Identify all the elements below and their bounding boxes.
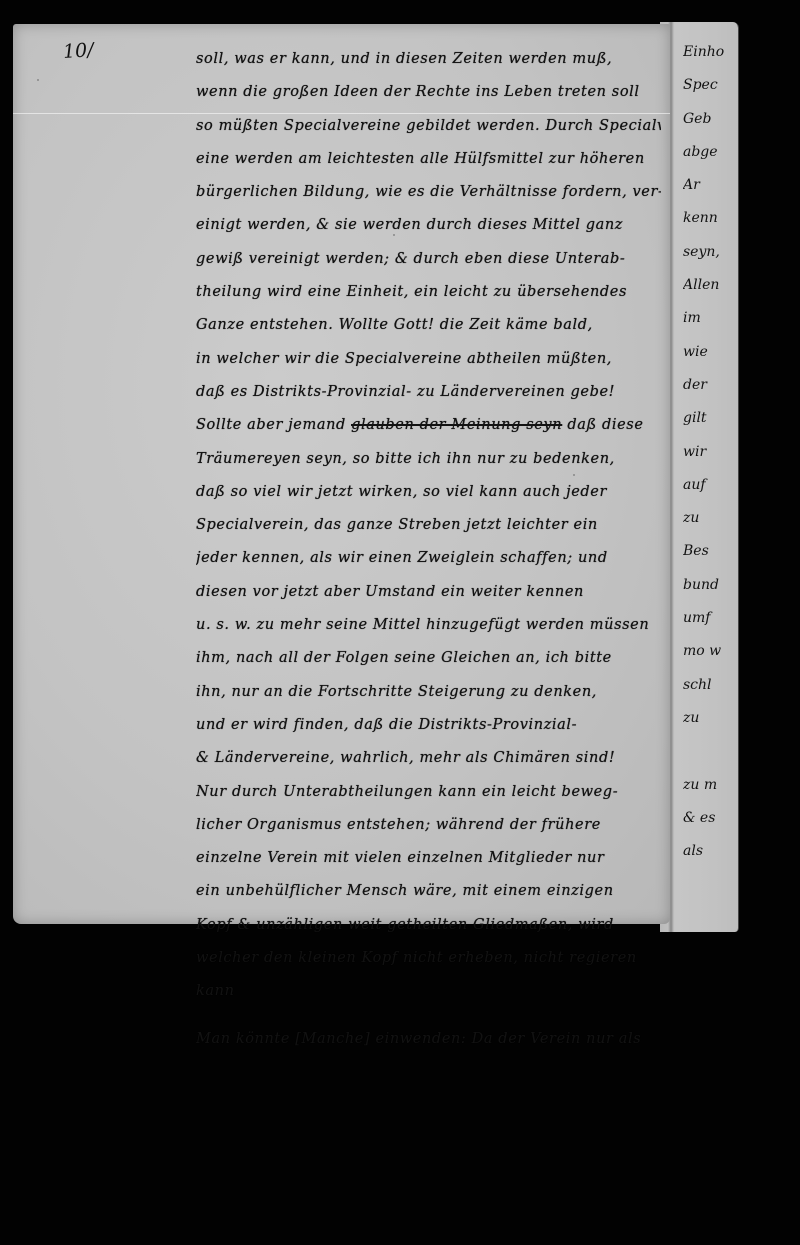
text-line: jeder kennen, als wir einen Zweiglein sc… bbox=[196, 542, 661, 575]
margin-line: & es bbox=[683, 802, 733, 835]
text-line: daß so viel wir jetzt wirken, so viel ka… bbox=[196, 476, 661, 509]
text-line: eine werden am leichtesten alle Hülfsmit… bbox=[196, 143, 661, 176]
text-line: und er wird finden, daß die Distrikts-Pr… bbox=[196, 709, 661, 742]
manuscript-scan: 10/ soll, was er kann, und in diesen Zei… bbox=[0, 0, 800, 1245]
struck-text: glauben der Meinung seyn bbox=[351, 417, 562, 433]
main-handwritten-text: soll, was er kann, und in diesen Zeiten … bbox=[196, 43, 661, 1056]
text-line: welcher den kleinen Kopf nicht erheben, … bbox=[196, 942, 661, 975]
margin-line: als bbox=[683, 835, 733, 868]
text-line: so müßten Specialvereine gebildet werden… bbox=[196, 110, 661, 143]
manuscript-page: 10/ soll, was er kann, und in diesen Zei… bbox=[13, 24, 670, 924]
margin-line: umf bbox=[683, 602, 733, 635]
margin-line: Einho bbox=[683, 36, 733, 69]
text-line-with-strikethrough: Sollte aber jemand glauben der Meinung s… bbox=[196, 409, 661, 442]
text-line: theilung wird eine Einheit, ein leicht z… bbox=[196, 276, 661, 309]
margin-line bbox=[683, 735, 733, 768]
text-line: ihm, nach all der Folgen seine Gleichen … bbox=[196, 642, 661, 675]
text-line-final: Man könnte [Manche] einwenden: Da der Ve… bbox=[196, 1023, 661, 1056]
text-line: einigt werden, & sie werden durch dieses… bbox=[196, 209, 661, 242]
text-line: Ganze entstehen. Wollte Gott! die Zeit k… bbox=[196, 309, 661, 342]
margin-line: wir bbox=[683, 436, 733, 469]
text-line: & Ländervereine, wahrlich, mehr als Chim… bbox=[196, 742, 661, 775]
margin-line: Ar bbox=[683, 169, 733, 202]
margin-line: Bes bbox=[683, 535, 733, 568]
margin-line: bund bbox=[683, 569, 733, 602]
text-line: gewiß vereinigt werden; & durch eben die… bbox=[196, 243, 661, 276]
margin-line: im bbox=[683, 302, 733, 335]
margin-line: Allen bbox=[683, 269, 733, 302]
text-line: Specialverein, das ganze Streben jetzt l… bbox=[196, 509, 661, 542]
margin-line: zu bbox=[683, 702, 733, 735]
right-sheet-text: Einho Spec Geb abge Ar kenn seyn, Allen … bbox=[683, 36, 733, 868]
text-line: daß es Distrikts-Provinzial- zu Länderve… bbox=[196, 376, 661, 409]
margin-line: Geb bbox=[683, 103, 733, 136]
margin-line: gilt bbox=[683, 402, 733, 435]
text-line: einzelne Verein mit vielen einzelnen Mit… bbox=[196, 842, 661, 875]
margin-line: zu m bbox=[683, 769, 733, 802]
text-line: in welcher wir die Specialvereine abthei… bbox=[196, 343, 661, 376]
text-line: Nur durch Unterabtheilungen kann ein lei… bbox=[196, 776, 661, 809]
text-line: bürgerlichen Bildung, wie es die Verhält… bbox=[196, 176, 661, 209]
margin-line: Spec bbox=[683, 69, 733, 102]
margin-line: auf bbox=[683, 469, 733, 502]
page-number: 10/ bbox=[62, 39, 94, 63]
margin-line: zu bbox=[683, 502, 733, 535]
text-line: licher Organismus entstehen; während der… bbox=[196, 809, 661, 842]
margin-line: der bbox=[683, 369, 733, 402]
text-line: ein unbehülflicher Mensch wäre, mit eine… bbox=[196, 875, 661, 908]
paper-speck bbox=[37, 79, 39, 81]
text-line: Kopf & unzähligen weit getheilten Gliedm… bbox=[196, 909, 661, 942]
text-line: kann bbox=[196, 975, 256, 1008]
text-line: ihn, nur an die Fortschritte Steigerung … bbox=[196, 676, 661, 709]
margin-line: mo w bbox=[683, 635, 733, 668]
margin-line: schl bbox=[683, 669, 733, 702]
text-line: soll, was er kann, und in diesen Zeiten … bbox=[196, 43, 661, 76]
margin-line: wie bbox=[683, 336, 733, 369]
text-line: diesen vor jetzt aber Umstand ein weiter… bbox=[196, 576, 661, 609]
margin-line: abge bbox=[683, 136, 733, 169]
margin-line: kenn bbox=[683, 202, 733, 235]
text-line: Träumereyen seyn, so bitte ich ihn nur z… bbox=[196, 443, 661, 476]
text-line: wenn die großen Ideen der Rechte ins Leb… bbox=[196, 76, 661, 109]
margin-line: seyn, bbox=[683, 236, 733, 269]
text-line: u. s. w. zu mehr seine Mittel hinzugefüg… bbox=[196, 609, 661, 642]
